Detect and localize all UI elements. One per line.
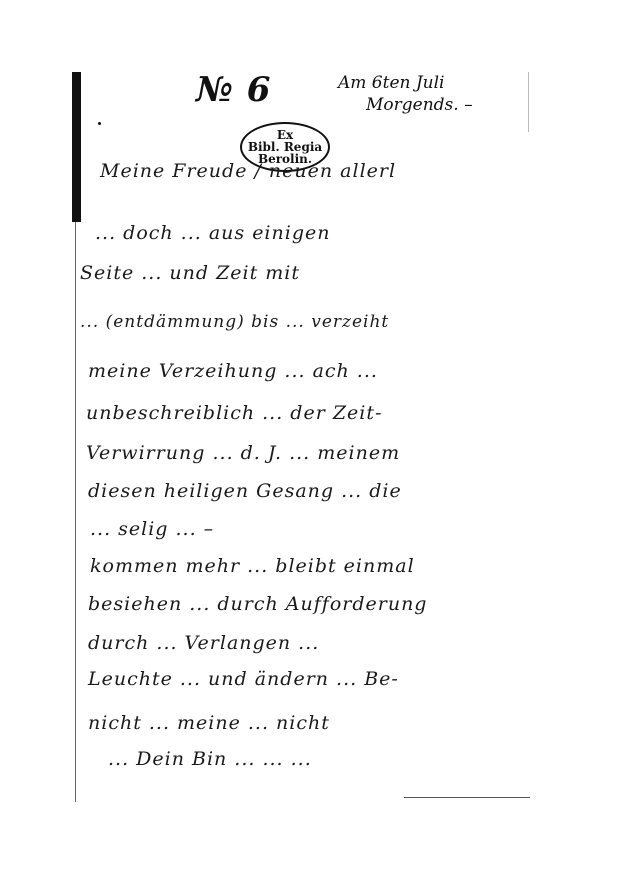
handwriting-line: nicht ... meine ... nicht (88, 712, 330, 734)
handwriting-line: ... Dein Bin ... ... ... (108, 748, 312, 770)
left-margin-line (75, 222, 76, 802)
handwriting-line: Leuchte ... und ändern ... Be- (88, 668, 399, 690)
handwriting-line: ... (entdämmung) bis ... verzeiht (80, 312, 389, 332)
handwriting-line: Seite ... und Zeit mit (80, 262, 300, 284)
document-number: № 6 (196, 70, 271, 110)
handwriting-line: meine Verzeihung ... ach ... (88, 360, 378, 382)
bottom-rule (404, 797, 530, 798)
handwriting-line: ... selig ... – (90, 518, 214, 540)
right-edge-line (528, 72, 529, 132)
handwriting-line: Verwirrung ... d. J. ... meinem (86, 442, 400, 464)
handwriting-line: diesen heiligen Gesang ... die (88, 480, 402, 502)
handwriting-line: Meine Freude / neuen allerl (100, 160, 396, 182)
handwriting-line: unbeschreiblich ... der Zeit- (86, 402, 382, 424)
date-heading: Am 6ten Juli Morgends. – (338, 72, 473, 116)
left-binding-edge (72, 72, 81, 222)
handwriting-line: durch ... Verlangen ... (88, 632, 319, 654)
ink-dot (98, 122, 101, 125)
document-page: № 6 Am 6ten Juli Morgends. – Ex Bibl. Re… (0, 0, 640, 891)
handwriting-line: kommen mehr ... bleibt einmal (90, 555, 415, 577)
handwriting-line: besiehen ... durch Aufforderung (88, 593, 427, 615)
handwriting-line: ... doch ... aus einigen (95, 222, 330, 244)
date-line-1: Am 6ten Juli (338, 72, 473, 94)
date-line-2: Morgends. – (366, 94, 473, 116)
